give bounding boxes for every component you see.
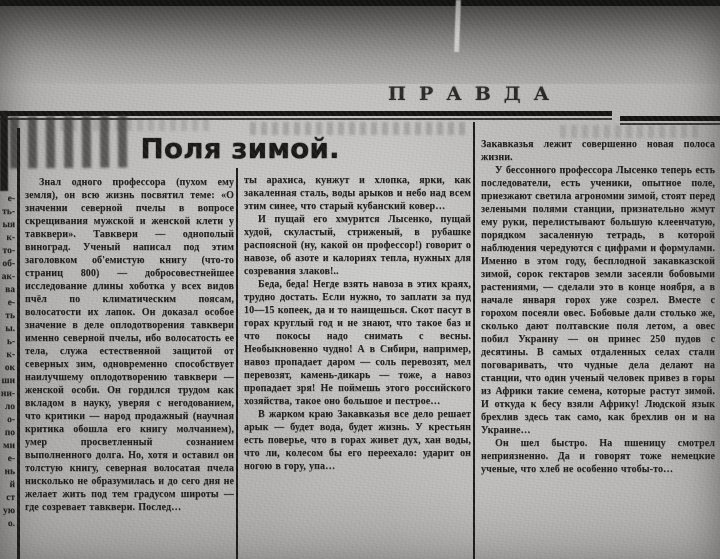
paragraph: ты арахиса, кунжут и хлопка, ярки, как з…	[244, 174, 471, 213]
paragraph: И пущай его хмурится Лысенко, пущай худо…	[244, 213, 471, 278]
article-column-3: Закавказья лежит совершенно новая полоса…	[481, 138, 715, 559]
paragraph: Беда, беда! Негде взять навоза в этих кр…	[244, 278, 471, 408]
bleed-through-text	[60, 118, 210, 131]
paragraph: У бессонного профессора Лысенко теперь е…	[481, 164, 715, 437]
paragraph: Закавказья лежит совершенно новая полоса…	[481, 138, 715, 164]
column-rule-left-edge	[17, 128, 20, 559]
article-headline: Поля зимой.	[60, 132, 420, 165]
paragraph: В жарком краю Закавказья все дело решает…	[244, 408, 471, 473]
column-rule-1-2	[236, 168, 238, 559]
article-column-1: Знал одного профессора (пухом ему земля)…	[25, 176, 234, 559]
page-top-margin	[0, 6, 720, 84]
left-edge-ink-bar	[0, 111, 8, 191]
masthead-title: ПРАВДА	[388, 83, 618, 105]
column-rule-2-3	[473, 122, 475, 559]
paragraph: Он шел быстро. На пшеницу смотрел неприя…	[481, 437, 715, 476]
masthead-rule-right-thick	[620, 116, 720, 121]
article-column-2: ты арахиса, кунжут и хлопка, ярки, как з…	[244, 174, 471, 559]
newspaper-scan: ПРАВДА Поля зимой. е- ть- ыя к- то- об- …	[0, 0, 720, 559]
bleed-through-text	[560, 125, 700, 138]
adjacent-column-fragment: е- ть- ыя к- то- об- ак- ва е- ть ы. ь- …	[0, 193, 15, 559]
paragraph: Знал одного профессора (пухом ему земля)…	[25, 176, 234, 514]
